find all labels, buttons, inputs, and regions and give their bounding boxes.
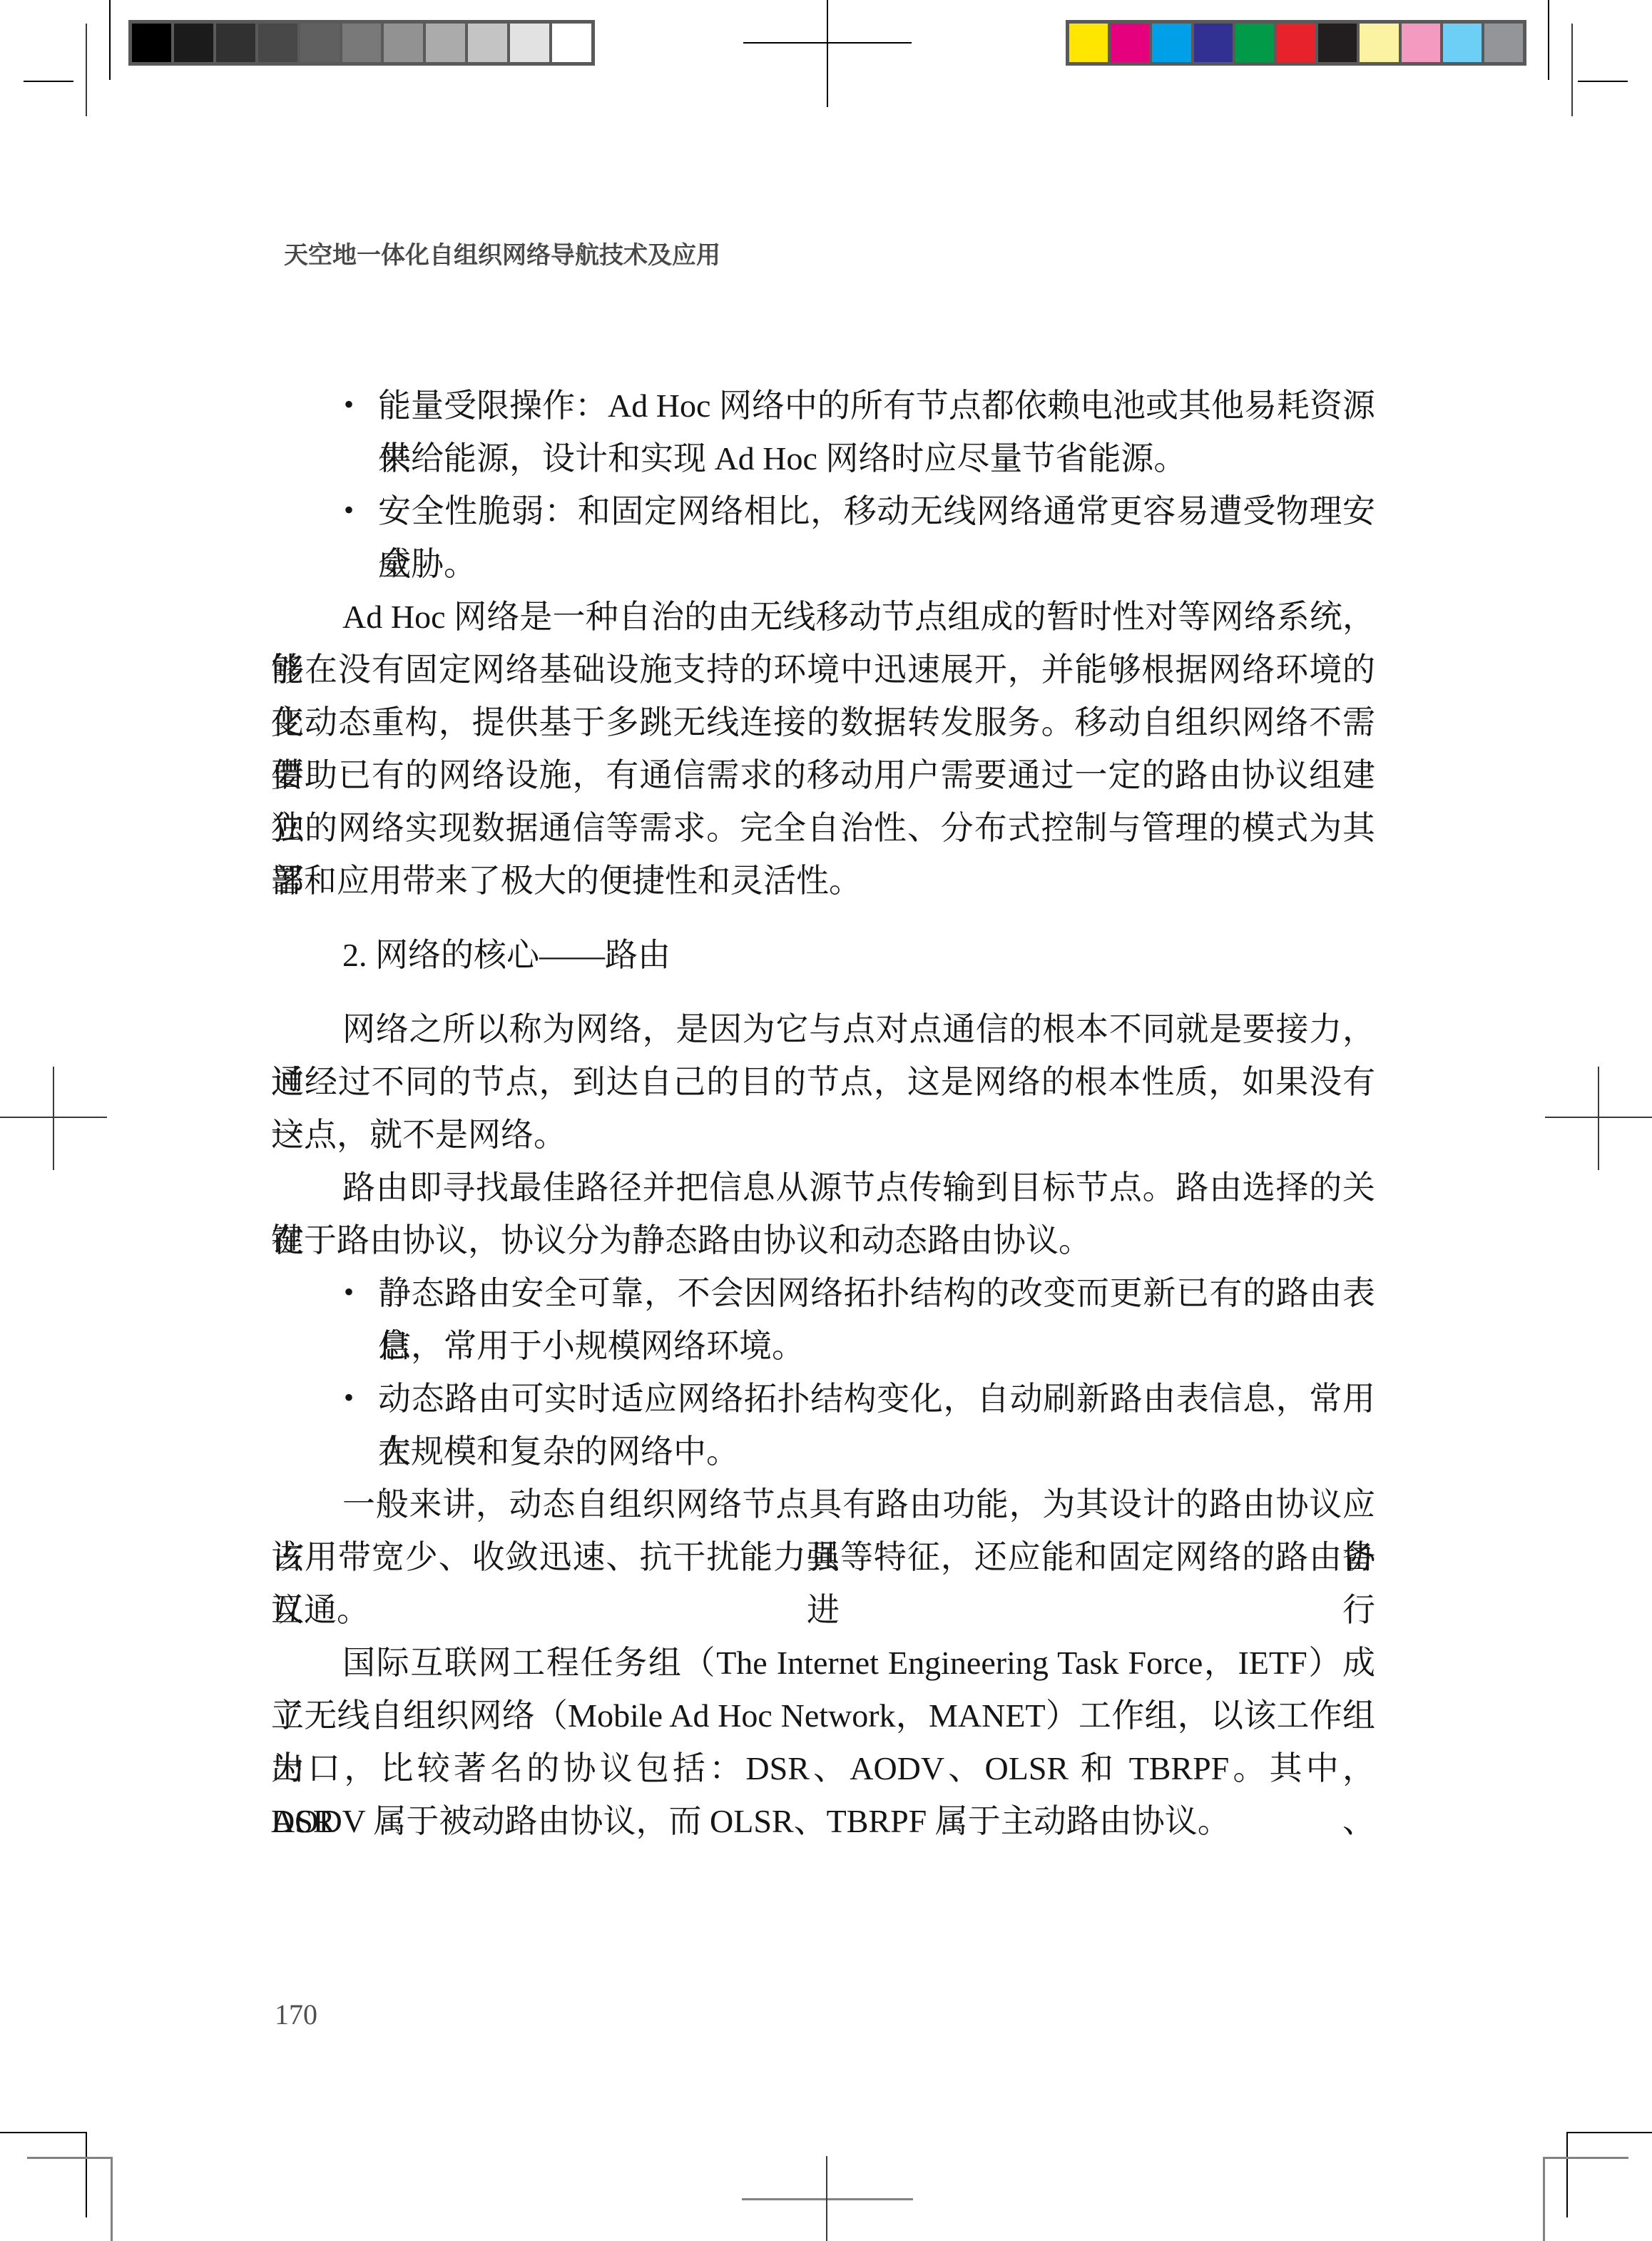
running-header: 天空地一体化自组织网络导航技术及应用 [284, 235, 720, 270]
bullet-item: •静态路由安全可靠，不会因网络拓扑结构的改变而更新已有的路由表信息，常用于小规模… [271, 1267, 1375, 1373]
color-swatch [1484, 24, 1523, 62]
grayscale-swatch [216, 24, 255, 62]
text-line: 国际互联网工程任务组（The Internet Engineering Task… [271, 1637, 1375, 1689]
grayscale-swatch [174, 24, 213, 62]
crop-mark-bottom-left-h2 [27, 2157, 113, 2159]
grayscale-swatch [468, 24, 507, 62]
crop-mark-top-right-h [1578, 81, 1628, 82]
text-line: 在于路由协议，协议分为静态路由协议和动态路由协议。 [271, 1214, 1375, 1267]
body-text: •能量受限操作：Ad Hoc 网络中的所有节点都依赖电池或其他易耗资源来供给能源… [271, 380, 1375, 1848]
text-line: 一点，就不是网络。 [271, 1109, 1375, 1162]
crop-mark-bottom-right-h2 [1543, 2157, 1628, 2159]
text-line: 息，常用于小规模网络环境。 [378, 1320, 1375, 1373]
grayscale-swatch [552, 24, 591, 62]
bullet-item: •动态路由可实时适应网络拓扑结构变化，自动刷新路由表信息，常用在大规模和复杂的网… [271, 1373, 1375, 1478]
crop-mark-middle-left-v [53, 1067, 54, 1170]
paragraph: 路由即寻找最佳路径并把信息从源节点传输到目标节点。路由选择的关键在于路由协议，协… [271, 1162, 1375, 1267]
grayscale-swatch [300, 24, 340, 62]
grayscale-swatch [384, 24, 423, 62]
grayscale-swatch [258, 24, 297, 62]
color-swatch [1318, 24, 1357, 62]
paragraph: 国际互联网工程任务组（The Internet Engineering Task… [271, 1637, 1375, 1848]
text-line: 动态路由可实时适应网络拓扑结构变化，自动刷新路由表信息，常用在 [378, 1373, 1375, 1426]
crop-mark-top-center-v [827, 0, 828, 107]
text-line: 立的网络实现数据通信等需求。完全自治性、分布式控制与管理的模式为其部 [271, 802, 1375, 855]
grayscale-swatch [426, 24, 465, 62]
crop-mark-top-center-h [743, 42, 912, 44]
text-line: 了无线自组织网络（Mobile Ad Hoc Network，MANET）工作组… [271, 1689, 1375, 1742]
text-line: 安全性脆弱：和固定网络相比，移动无线网络通常更容易遭受物理安全 [378, 485, 1375, 538]
bullet-dot-icon: • [344, 1371, 354, 1424]
color-swatch [1277, 24, 1315, 62]
text-line: 路由即寻找最佳路径并把信息从源节点传输到目标节点。路由选择的关键 [271, 1162, 1375, 1214]
color-swatch [1443, 24, 1482, 62]
crop-mark-top-right-v [1548, 0, 1549, 80]
paragraph: Ad Hoc 网络是一种自治的由无线移动节点组成的暂时性对等网络系统，能够在没有… [271, 591, 1375, 908]
paragraph: 一般来讲，动态自组织网络节点具有路由功能，为其设计的路由协议应该具备占用带宽少、… [271, 1478, 1375, 1637]
crop-mark-bottom-left-h [0, 2132, 87, 2133]
text-line: 能量受限操作：Ad Hoc 网络中的所有节点都依赖电池或其他易耗资源来 [378, 380, 1375, 432]
bullet-item: •安全性脆弱：和固定网络相比，移动无线网络通常更容易遭受物理安全威胁。 [271, 485, 1375, 591]
paragraph: 网络之所以称为网络，是因为它与点对点通信的根本不同就是要接力，通过经过不同的节点… [271, 1003, 1375, 1162]
color-swatch [1194, 24, 1233, 62]
text-line: AODV 属于被动路由协议，而 OLSR、TBRPF 属于主动路由协议。 [271, 1795, 1375, 1848]
text-line: 出口，比较著名的协议包括：DSR、AODV、OLSR 和 TBRPF。其中，DS… [271, 1742, 1375, 1795]
crop-mark-middle-right-v [1598, 1067, 1599, 1170]
color-swatch [1152, 24, 1190, 62]
text-line: 占用带宽少、收敛迅速、抗干扰能力强等特征，还应能和固定网络的路由协议进行 [271, 1531, 1375, 1584]
crop-mark-bottom-right-v2 [1543, 2157, 1545, 2241]
color-swatch [1069, 24, 1108, 62]
text-line: 2. 网络的核心——路由 [342, 929, 1375, 982]
text-line: 威胁。 [378, 538, 1375, 591]
crop-mark-top-left-v [109, 0, 111, 80]
crop-mark-top-left-h [24, 81, 73, 82]
text-line: 署和应用带来了极大的便捷性和灵活性。 [271, 855, 1375, 908]
crop-mark-top-left-v2 [86, 24, 87, 116]
text-line: 供给能源，设计和实现 Ad Hoc 网络时应尽量节省能源。 [378, 432, 1375, 485]
color-swatch [1402, 24, 1440, 62]
text-line: 化动态重构，提供基于多跳无线连接的数据转发服务。移动自组织网络不需要 [271, 696, 1375, 749]
crop-mark-bottom-center-h [742, 2198, 913, 2200]
bullet-dot-icon: • [344, 378, 354, 431]
bullet-item: •能量受限操作：Ad Hoc 网络中的所有节点都依赖电池或其他易耗资源来供给能源… [271, 380, 1375, 485]
crop-mark-bottom-right-h [1566, 2132, 1652, 2133]
color-swatch [1111, 24, 1149, 62]
color-calibration-bar [1066, 20, 1526, 66]
crop-mark-bottom-left-v [86, 2132, 87, 2217]
text-line: 大规模和复杂的网络中。 [378, 1426, 1375, 1478]
grayscale-swatch [510, 24, 549, 62]
grayscale-calibration-bar [128, 20, 595, 66]
color-swatch [1235, 24, 1274, 62]
text-line: 过经过不同的节点，到达自己的目的节点，这是网络的根本性质，如果没有这 [271, 1056, 1375, 1109]
page-number: 170 [275, 2001, 317, 2029]
grayscale-swatch [342, 24, 382, 62]
crop-mark-top-right-v2 [1571, 24, 1573, 116]
grayscale-swatch [132, 24, 171, 62]
text-line: 网络之所以称为网络，是因为它与点对点通信的根本不同就是要接力，通 [271, 1003, 1375, 1056]
color-swatch [1360, 24, 1398, 62]
bullet-dot-icon: • [344, 1266, 354, 1318]
text-line: Ad Hoc 网络是一种自治的由无线移动节点组成的暂时性对等网络系统，能 [271, 591, 1375, 644]
crop-mark-bottom-center-v [826, 2156, 827, 2241]
crop-mark-bottom-left-v2 [111, 2157, 113, 2241]
text-line: 够在没有固定网络基础设施支持的环境中迅速展开，并能够根据网络环境的变 [271, 644, 1375, 696]
section-heading: 2. 网络的核心——路由 [271, 929, 1375, 982]
text-line: 静态路由安全可靠，不会因网络拓扑结构的改变而更新已有的路由表信 [378, 1267, 1375, 1320]
text-line: 借助已有的网络设施，有通信需求的移动用户需要通过一定的路由协议组建独 [271, 749, 1375, 802]
crop-mark-bottom-right-v [1566, 2132, 1568, 2217]
bullet-dot-icon: • [344, 484, 354, 537]
text-line: 一般来讲，动态自组织网络节点具有路由功能，为其设计的路由协议应该具备 [271, 1478, 1375, 1531]
